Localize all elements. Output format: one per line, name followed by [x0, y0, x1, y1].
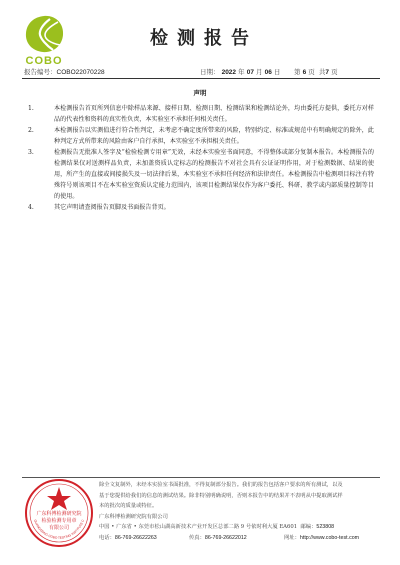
- statement-clauses: 1. 本检测报告首页所列信息中除样品来源、接样日期、检测日期、检测结果和检测结论…: [28, 103, 374, 213]
- web-label: 网址：: [284, 533, 300, 544]
- report-number: 报告编号：COBO22070228: [24, 67, 105, 76]
- section-title: 声明: [0, 88, 400, 97]
- disclaimer-line: 本的批次的质量或特征。: [99, 501, 384, 512]
- clause-text: 本检测报告首页所列信息中除样品来源、接样日期、检测日期、检测结果和检测结论外，均…: [54, 103, 374, 125]
- date-year: 2022: [222, 69, 236, 76]
- clause-number: 1.: [28, 103, 54, 125]
- fax-value: 86-769-26622012: [205, 533, 247, 544]
- footer: 除全文复制外，未经本实验室书面批准，不得复制部分报告。我们的报告包括客户要求的所…: [99, 480, 384, 543]
- date-month-unit: 月: [256, 68, 263, 76]
- clause-number: 4.: [28, 202, 54, 213]
- date-year-unit: 年: [238, 68, 245, 76]
- seal-icon: 广东科博检测研究院 检验检测专用章 有限公司 GUANGDONG COBO TE…: [24, 478, 94, 548]
- page-total-unit: 页: [331, 68, 338, 76]
- date-day: 06: [265, 69, 272, 76]
- clause-3: 3. 检测报告无批准人签字及“检验检测专用章”无效，未经本实验室书面同意，不得整…: [28, 147, 374, 202]
- website: 网址：http://www.cobo-test.com: [284, 533, 359, 544]
- contact-row: 电话：86-769-26622263 传真：86-769-26622012 网址…: [99, 533, 384, 544]
- svg-text:检验检测专用章: 检验检测专用章: [41, 517, 76, 524]
- page-indicator: 第 6 页 共7 页: [294, 67, 338, 76]
- logo-text: COBO: [22, 55, 66, 67]
- postcode-label: 邮编：: [301, 524, 317, 530]
- phone-value: 86-769-26622263: [115, 533, 157, 544]
- page-current: 6: [303, 69, 307, 76]
- disclaimer-line: 除全文复制外，未经本实验室书面批准，不得复制部分报告。我们的报告包括客户要求的所…: [99, 480, 384, 491]
- clause-number: 2.: [28, 125, 54, 147]
- disclaimer-line: 基于您提供给我们的信息的测试结果。除非特别明确说明，否则本报告中的结果并不表明从…: [99, 491, 384, 502]
- company-logo: COBO: [22, 14, 66, 67]
- clause-text: 其它声明请查阅报告页脚及书面报告背页。: [54, 202, 374, 213]
- clause-2: 2. 本检测报告以实测值进行符合性判定，未考虑不确定度所带来的风险，特别约定、标…: [28, 125, 374, 147]
- page-unit: 页: [308, 68, 315, 76]
- date-label: 日期：: [200, 68, 220, 76]
- page-total: 7: [325, 69, 329, 76]
- phone: 电话：86-769-26622263: [99, 533, 189, 544]
- report-number-label: 报告编号：: [24, 68, 57, 76]
- date-month: 07: [247, 69, 254, 76]
- clause-4: 4. 其它声明请查阅报告页脚及书面报告背页。: [28, 202, 374, 213]
- clause-1: 1. 本检测报告首页所列信息中除样品来源、接样日期、检测日期、检测结果和检测结论…: [28, 103, 374, 125]
- svg-text:广东科博检测研究院: 广东科博检测研究院: [36, 510, 81, 517]
- website-link[interactable]: http://www.cobo-test.com: [300, 533, 359, 544]
- company-name: 广东科博检测研究院有限公司: [99, 512, 384, 523]
- header-divider: [22, 78, 380, 79]
- clause-text: 检测报告无批准人签字及“检验检测专用章”无效，未经本实验室书面同意，不得整体或部…: [54, 147, 374, 202]
- date-day-unit: 日: [274, 68, 281, 76]
- svg-text:有限公司: 有限公司: [49, 524, 69, 531]
- document-title: 检测报告: [150, 24, 258, 50]
- report-number-value: COBO22070228: [57, 69, 105, 76]
- official-seal: 广东科博检测研究院 检验检测专用章 有限公司 GUANGDONG COBO TE…: [24, 478, 94, 548]
- fax: 传真：86-769-26622012: [189, 533, 284, 544]
- report-date: 日期： 2022 年 07 月 06 日: [200, 67, 280, 76]
- company-address: 中国 • 广东省 • 东莞市松山湖高新技术产业开发区总部二路 9 号依时利大厦 …: [99, 522, 384, 533]
- page-prefix: 第: [294, 68, 301, 76]
- postcode-value: 523808: [316, 524, 334, 530]
- cobo-logo-icon: [22, 14, 66, 54]
- address-text: 中国 • 广东省 • 东莞市松山湖高新技术产业开发区总部二路 9 号依时利大厦 …: [99, 524, 297, 530]
- clause-number: 3.: [28, 147, 54, 202]
- phone-label: 电话：: [99, 533, 115, 544]
- clause-text: 本检测报告以实测值进行符合性判定，未考虑不确定度所带来的风险，特别约定、标准或规…: [54, 125, 374, 147]
- fax-label: 传真：: [189, 533, 205, 544]
